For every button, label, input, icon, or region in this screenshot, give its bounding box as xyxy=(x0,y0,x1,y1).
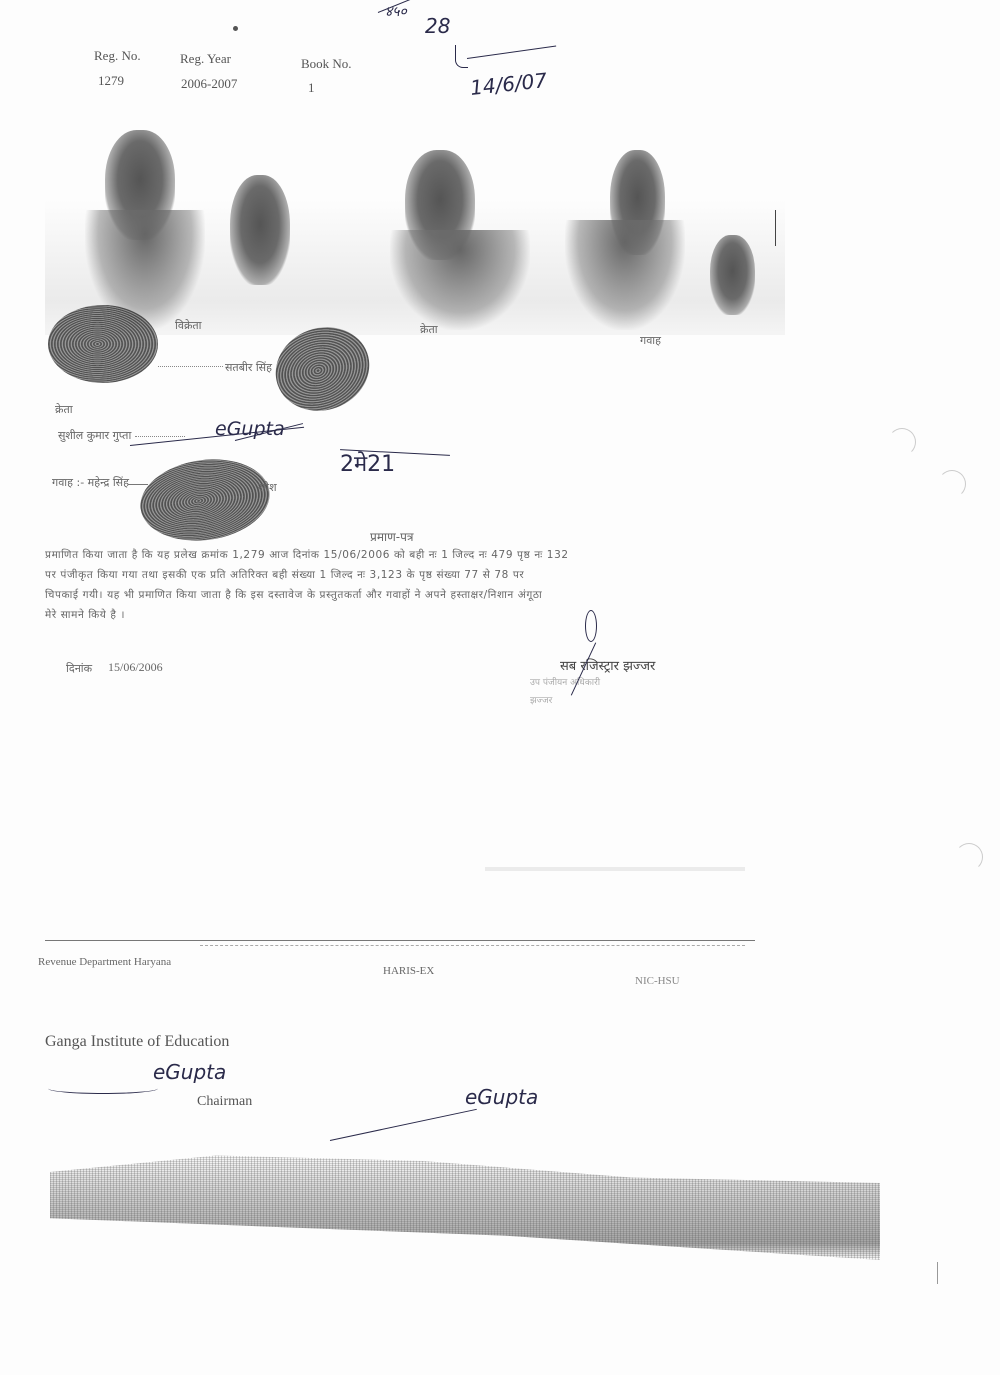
handwritten-fraction-bottom: 28 xyxy=(425,14,450,38)
reg-year-label: Reg. Year xyxy=(180,51,231,67)
photo-person-5 xyxy=(710,235,755,315)
label-witness: गवाह xyxy=(640,333,661,348)
witness-label: गवाह :- महेन्द्र सिंह xyxy=(52,475,129,490)
officer-title: सब रजिस्ट्रार झज्जर xyxy=(560,656,655,674)
reg-no-value: 1279 xyxy=(98,73,124,89)
edge-mark xyxy=(937,1262,938,1284)
chairman-signature-stroke xyxy=(48,1083,158,1094)
seller-name: सतबीर सिंह xyxy=(225,360,272,375)
second-signature: eGupta xyxy=(465,1085,538,1109)
ink-dot xyxy=(233,26,238,31)
footer-left: Revenue Department Haryana xyxy=(38,956,171,968)
date-value: 15/06/2006 xyxy=(108,660,163,675)
handwritten-date: 14/6/07 xyxy=(469,68,548,100)
chairman-role: Chairman xyxy=(197,1094,252,1110)
photo-person-3-body xyxy=(390,230,530,330)
date-label: दिनांक xyxy=(66,661,92,676)
handwritten-witness-signature: 2मे21 xyxy=(340,448,395,478)
witness-other-name: रमेश xyxy=(258,480,277,495)
chairman-signature: eGupta xyxy=(153,1060,226,1084)
footer-right: NIC-HSU xyxy=(635,975,680,987)
faint-bleedthrough xyxy=(485,867,745,871)
thumb-impression-witness xyxy=(135,451,275,548)
officer-signature-loop xyxy=(585,610,597,642)
book-no-label: Book No. xyxy=(301,56,352,72)
certificate-title: प्रमाण-पत्र xyxy=(370,528,414,545)
footer-rule xyxy=(45,940,755,941)
reg-no-label: Reg. No. xyxy=(94,48,141,64)
photo-person-4-body xyxy=(565,220,685,330)
buyer-name: सुशील कुमार गुप्ता xyxy=(58,428,131,443)
officer-subtitle: उप पंजीयन अधिकारी xyxy=(530,675,600,688)
certificate-line-3: चिपकाई गयी। यह भी प्रमाणित किया जाता है … xyxy=(45,585,745,605)
certificate-line-4: मेरे सामने किये है । xyxy=(45,605,745,625)
second-signature-stroke xyxy=(330,1109,477,1141)
handwritten-tick xyxy=(455,45,468,68)
certificate-line-2: पर पंजीकृत किया गया तथा इसकी एक प्रति अत… xyxy=(45,565,745,585)
punch-hole xyxy=(955,843,983,871)
handwritten-underline xyxy=(467,45,556,59)
punch-hole xyxy=(888,428,916,456)
thumb-impression-seller xyxy=(48,305,158,383)
label-seller: विक्रेता xyxy=(175,318,202,333)
dotted-line xyxy=(135,436,185,437)
footer-rule-dashed xyxy=(200,945,745,946)
book-no-value: 1 xyxy=(308,80,315,96)
underline xyxy=(128,484,148,485)
punch-hole xyxy=(938,470,966,498)
photocopy-noise xyxy=(50,1150,880,1260)
edge-mark xyxy=(775,210,776,246)
dotted-line xyxy=(158,366,223,367)
certificate-body: प्रमाणित किया जाता है कि यह प्रलेख क्रमा… xyxy=(45,545,745,625)
buyer-label: क्रेता xyxy=(55,402,73,417)
institute-name: Ganga Institute of Education xyxy=(45,1033,229,1051)
label-buyer: क्रेता xyxy=(420,322,438,337)
footer-center: HARIS-EX xyxy=(383,965,434,977)
reg-year-value: 2006-2007 xyxy=(181,76,237,92)
officer-place: झज्जर xyxy=(530,693,552,706)
certificate-line-1: प्रमाणित किया जाता है कि यह प्रलेख क्रमा… xyxy=(45,545,745,565)
photo-person-2 xyxy=(230,175,290,285)
party-photographs xyxy=(45,110,785,335)
